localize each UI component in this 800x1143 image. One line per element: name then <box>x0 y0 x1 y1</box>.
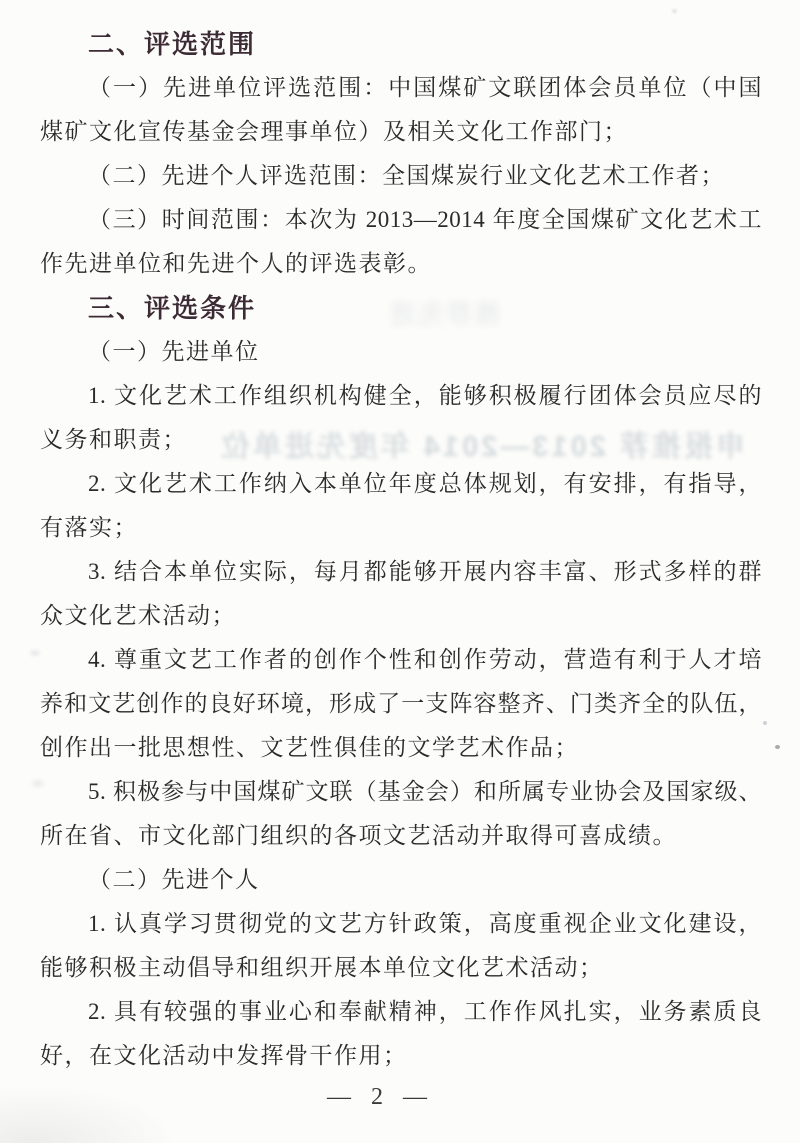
text-line: 1. 文化艺术工作组织机构健全，能够积极履行团体会员应尽的 <box>40 374 762 418</box>
text-line: 能够积极主动倡导和组织开展本单位文化艺术活动； <box>40 946 762 990</box>
text-line: （一）先进单位 <box>40 330 762 374</box>
text-line: 养和文艺创作的良好环境，形成了一支阵容整齐、门类齐全的队伍， <box>40 682 762 726</box>
section-heading: 三、评选条件 <box>40 286 762 330</box>
text-line: 2. 文化艺术工作纳入本单位年度总体规划，有安排，有指导， <box>40 462 762 506</box>
scan-speck <box>30 650 40 656</box>
text-line: 煤矿文化宣传基金会理事单位）及相关文化工作部门； <box>40 110 762 154</box>
text-line: （二）先进个人 <box>40 858 762 902</box>
text-line: 4. 尊重文艺工作者的创作个性和创作劳动，营造有利于人才培 <box>40 638 762 682</box>
document-body: 二、评选范围（一）先进单位评选范围：中国煤矿文联团体会员单位（中国煤矿文化宣传基… <box>40 22 762 1078</box>
text-line: 义务和职责； <box>40 418 762 462</box>
text-line: 众文化艺术活动； <box>40 594 762 638</box>
text-line: 1. 认真学习贯彻党的文艺方针政策，高度重视企业文化建设， <box>40 902 762 946</box>
page-number: — 2 — <box>0 1082 756 1112</box>
text-line: （二）先进个人评选范围：全国煤炭行业文化艺术工作者； <box>40 154 762 198</box>
text-line: 好，在文化活动中发挥骨干作用； <box>40 1034 762 1078</box>
text-line: 有落实； <box>40 506 762 550</box>
scanned-document-page: 申报推荐 2013—2014 年度先进单位 推荐先进 二、评选范围（一）先进单位… <box>0 0 800 1143</box>
text-line: （三）时间范围：本次为 2013—2014 年度全国煤矿文化艺术工 <box>40 198 762 242</box>
text-line: 所在省、市文化部门组织的各项文艺活动并取得可喜成绩。 <box>40 814 762 858</box>
scan-speck <box>775 745 780 749</box>
scan-speck <box>763 721 767 725</box>
text-line: 创作出一批思想性、文艺性俱佳的文学艺术作品； <box>40 726 762 770</box>
scan-speck <box>672 9 677 13</box>
section-heading: 二、评选范围 <box>40 22 762 66</box>
text-line: 3. 结合本单位实际，每月都能够开展内容丰富、形式多样的群 <box>40 550 762 594</box>
text-line: 5. 积极参与中国煤矿文联（基金会）和所属专业协会及国家级、 <box>40 770 762 814</box>
text-line: 2. 具有较强的事业心和奉献精神，工作作风扎实，业务素质良 <box>40 990 762 1034</box>
text-line: （一）先进单位评选范围：中国煤矿文联团体会员单位（中国 <box>40 66 762 110</box>
text-line: 作先进单位和先进个人的评选表彰。 <box>40 242 762 286</box>
